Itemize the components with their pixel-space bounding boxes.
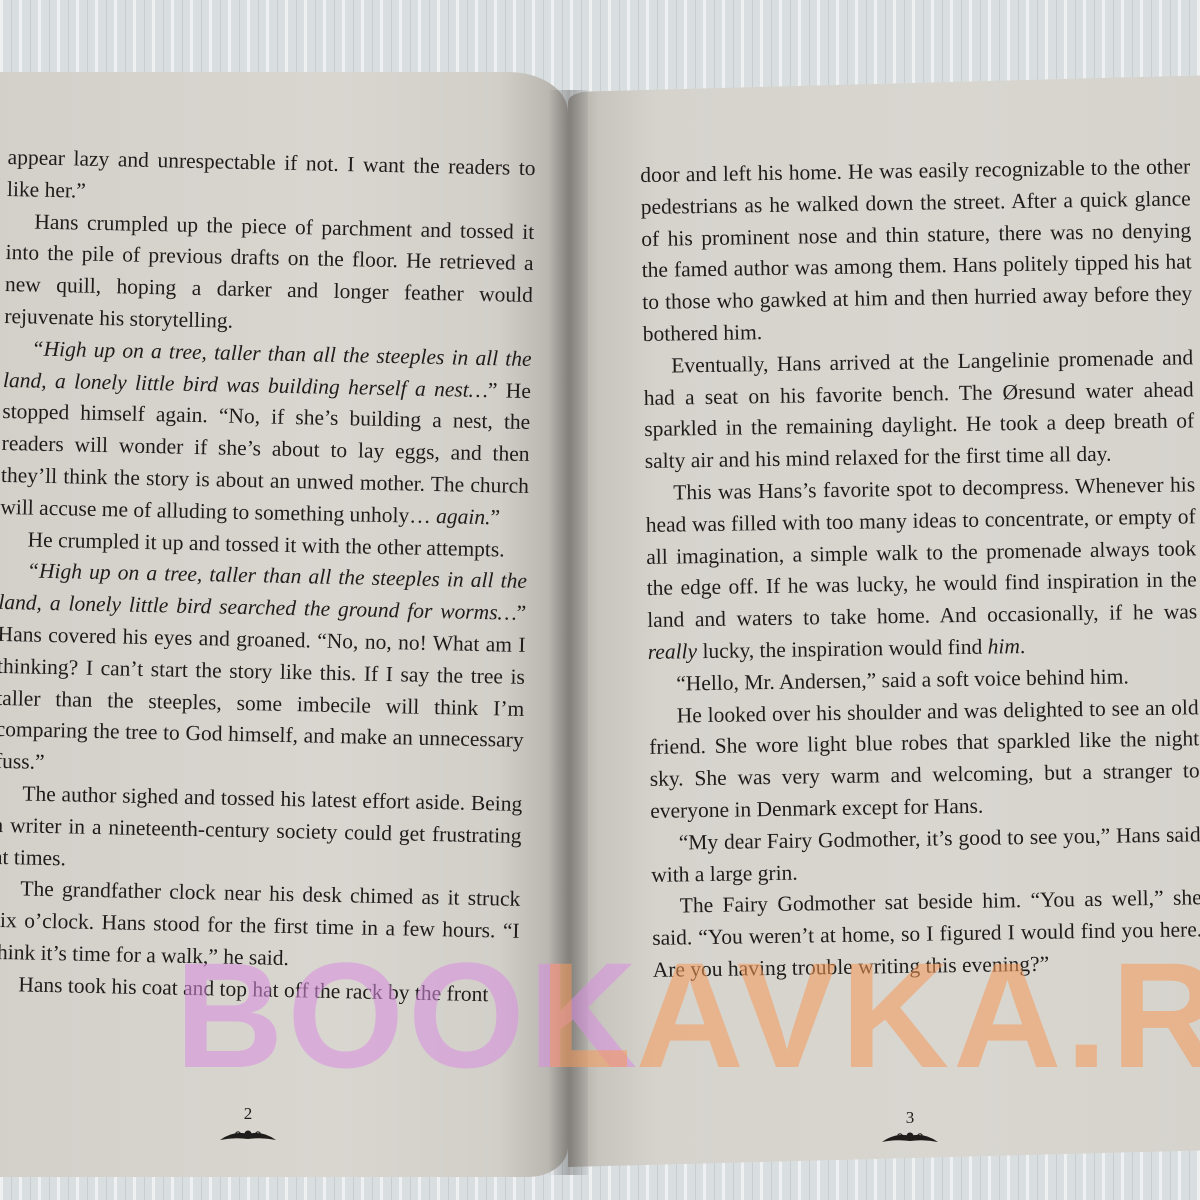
paragraph: This was Hans’s favorite spot to decompr… (645, 469, 1198, 668)
paragraph: “High up on a tree, taller than all the … (0, 333, 532, 535)
floral-ornament-icon (220, 1128, 276, 1142)
body-text: “My dear Fairy Godmother, it’s good to s… (651, 822, 1200, 886)
italic-text: again. (436, 504, 491, 529)
paragraph: He looked over his shoulder and was deli… (648, 692, 1200, 828)
body-text: Eventually, Hans arrived at the Langelin… (644, 345, 1195, 473)
body-text: He looked over his shoulder and was deli… (649, 695, 1200, 823)
italic-text: really (648, 639, 698, 664)
body-text: . (1020, 634, 1026, 658)
body-text: “Hello, Mr. Andersen,” said a soft voice… (676, 664, 1129, 695)
body-text: lucky, the inspiration would find (697, 635, 988, 664)
page-number-right: 3 (890, 1108, 930, 1128)
left-page-text: appear lazy and unrespectable if not. I … (0, 142, 536, 1011)
italic-text: “High up on a tree, taller than all the … (0, 559, 527, 625)
body-text: appear lazy and unrespectable if not. I … (7, 145, 536, 202)
right-page-text: door and left his home. He was easily re… (640, 151, 1200, 986)
body-text: ” (490, 505, 500, 529)
body-text: This was Hans’s favorite spot to decompr… (646, 472, 1198, 632)
paragraph: door and left his home. He was easily re… (640, 151, 1193, 350)
body-text: The author sighed and tossed his latest … (0, 781, 523, 870)
watermark-lavka: LAVKA.RU (540, 940, 1200, 1090)
paragraph: Eventually, Hans arrived at the Langelin… (643, 342, 1195, 478)
paragraph: “High up on a tree, taller than all the … (0, 555, 527, 789)
paragraph: “My dear Fairy Godmother, it’s good to s… (650, 819, 1200, 891)
paragraph: appear lazy and unrespectable if not. I … (7, 142, 536, 217)
italic-text: “High up on a tree, taller than all the … (3, 336, 532, 401)
body-text: door and left his home. He was easily re… (640, 154, 1192, 346)
body-text: ” Hans covered his eyes and groaned. “No… (0, 601, 526, 774)
body-text: He crumpled it up and tossed it with the… (27, 527, 504, 561)
page-number-left: 2 (228, 1104, 268, 1124)
paragraph: The author sighed and tossed his latest … (0, 778, 523, 884)
floral-ornament-icon (882, 1130, 938, 1144)
body-text: Hans crumpled up the piece of parchment … (4, 209, 534, 333)
paragraph: Hans crumpled up the piece of parchment … (4, 206, 535, 344)
italic-text: him (987, 634, 1020, 659)
